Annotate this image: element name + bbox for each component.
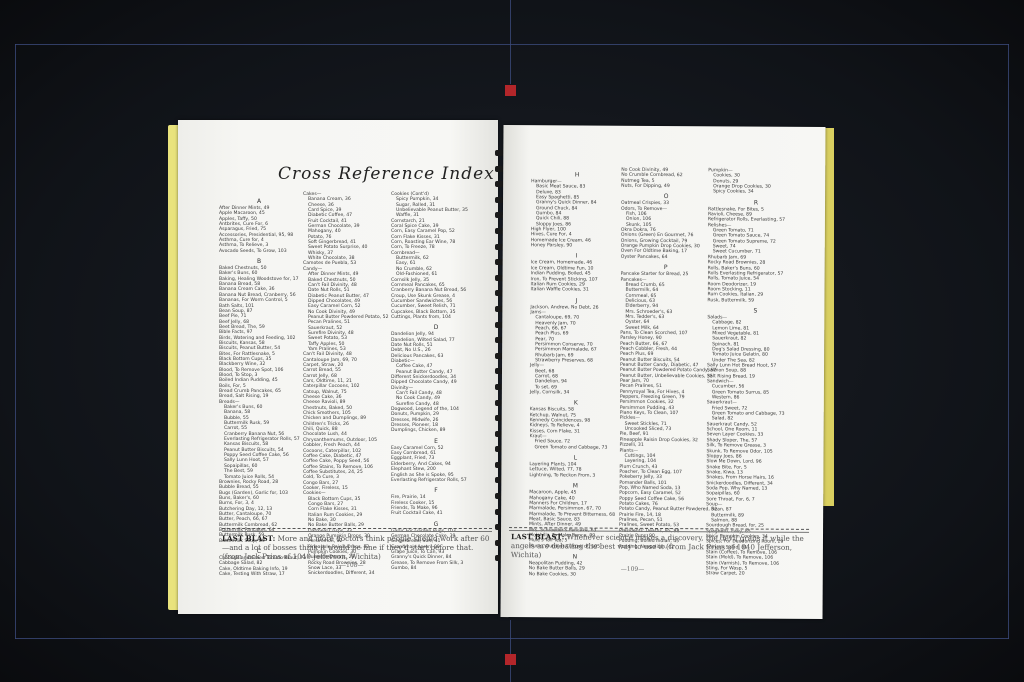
- crop-guide-top: [15, 44, 1009, 45]
- index-letter-heading: E: [391, 437, 481, 446]
- index-entry: Cuttings, Plants from, 104: [391, 315, 481, 320]
- index-entry: Gumbo, 84: [391, 566, 481, 571]
- divider-rule: [222, 528, 492, 532]
- last-blast-label: LAST BLAST:: [511, 532, 564, 541]
- index-entry: Oyster Pancakes, 64: [621, 255, 711, 261]
- left-page: Cross Reference Index AAfter Dinner Mint…: [178, 120, 498, 614]
- page-number: —109—: [621, 566, 644, 573]
- page-number: —108—: [340, 562, 363, 569]
- crop-guide-right: [1008, 44, 1009, 639]
- index-entry: Dumplings, Chicken, 89: [391, 428, 481, 433]
- index-letter-heading: A: [219, 197, 299, 206]
- index-letter-heading: F: [391, 486, 481, 495]
- index-entry: Nuts, For Dipping, 49: [621, 184, 711, 190]
- registration-marker-bottom: [505, 654, 516, 665]
- index-column-4: HHamburger—Basic Meat Sauce, 83Deluxe, 8…: [529, 167, 624, 578]
- page-title: Cross Reference Index: [278, 164, 495, 184]
- index-column-1: AAfter Dinner Mints, 49Apple Macaroon, 4…: [219, 194, 299, 577]
- index-entry: Honey Parsley, 90: [531, 243, 623, 249]
- registration-marker-top: [505, 85, 516, 96]
- index-entry: Jelly, Cornsilk, 34: [530, 390, 622, 396]
- last-blast-note: LAST BLAST: Whenever science makes a dis…: [511, 532, 811, 561]
- center-guide-bottom: [510, 620, 511, 682]
- index-entry: No Bake Cookies, 30: [529, 572, 621, 578]
- last-blast-label: LAST BLAST:: [222, 534, 275, 543]
- index-entry: Italian Waffle Cookies, 31: [530, 287, 622, 293]
- index-entry: Fruit Cocktail Cake, 41: [391, 511, 481, 516]
- index-entry: Bananas, For Worm Control, 5: [219, 298, 299, 303]
- center-guide-top: [510, 0, 511, 84]
- index-entry: Lightning, To Reckon From, 3: [529, 473, 621, 479]
- index-entry: Cake, Testing With Straw, 17: [219, 572, 299, 577]
- right-page: HHamburger—Basic Meat Sauce, 83Deluxe, 8…: [501, 125, 826, 619]
- index-subentry: Spicy Cookies, 34: [708, 190, 804, 196]
- open-spiral-book: Cross Reference Index AAfter Dinner Mint…: [168, 120, 836, 620]
- crop-guide-bottom: [15, 638, 1009, 639]
- index-subentry: Green Tomato and Cabbage, 73: [530, 445, 622, 451]
- index-column-2: Cakes—Banana Cream, 36Cheese, 36Card Spi…: [303, 192, 385, 577]
- index-column-3: Cookies (Cont'd)Spicy Pumpkin, 34Sugar, …: [391, 192, 481, 571]
- index-letter-heading: B: [219, 257, 299, 266]
- index-column-5: No Cook Divinity, 49No Crumble Cornbread…: [619, 168, 711, 551]
- index-column-6: Pumpkin—Cookies, 30Donuts, 29Orange Drop…: [706, 168, 804, 577]
- index-entry: Straw Carpet, 20: [706, 572, 802, 578]
- last-blast-note: LAST BLAST: More and more doctors think …: [222, 534, 494, 562]
- index-entry: Everlasting Refrigerator Rolls, 57: [391, 478, 481, 483]
- index-letter-heading: D: [391, 323, 481, 332]
- index-entry: Rusk, Buttermilk, 59: [707, 298, 803, 304]
- index-entry: Avocado Seeds, To Grow, 103: [219, 249, 299, 254]
- index-subentry: Snickerdoodles, Different, 34: [303, 571, 385, 576]
- crop-guide-left: [15, 44, 16, 639]
